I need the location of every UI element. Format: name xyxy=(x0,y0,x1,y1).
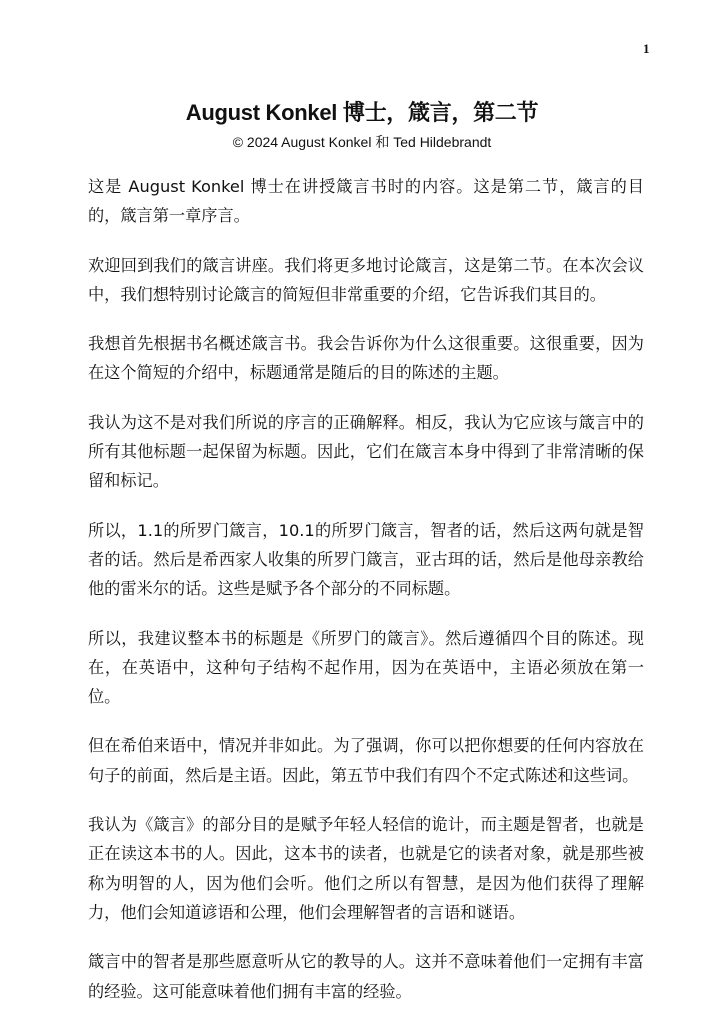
document-title: August Konkel 博士，箴言，第二节 xyxy=(0,96,724,127)
paragraph-4: 我认为这不是对我们所说的序言的正确解释。相反，我认为它应该与箴言中的所有其他标题… xyxy=(88,408,644,496)
paragraph-3: 我想首先根据书名概述箴言书。我会告诉你为什么这很重要。这很重要，因为在这个简短的… xyxy=(88,329,644,388)
paragraph-2: 欢迎回到我们的箴言讲座。我们将更多地讨论箴言，这是第二节。在本次会议中，我们想特… xyxy=(88,251,644,310)
document-body: 这是 August Konkel 博士在讲授箴言书时的内容。这是第二节，箴言的目… xyxy=(88,172,644,1024)
paragraph-1: 这是 August Konkel 博士在讲授箴言书时的内容。这是第二节，箴言的目… xyxy=(88,172,644,231)
page-number: 1 xyxy=(643,41,650,57)
paragraph-6: 所以，我建议整本书的标题是《所罗门的箴言》。然后遵循四个目的陈述。现在，在英语中… xyxy=(88,624,644,712)
paragraph-9: 箴言中的智者是那些愿意听从它的教导的人。这并不意味着他们一定拥有丰富的经验。这可… xyxy=(88,947,644,1006)
paragraph-8: 我认为《箴言》的部分目的是赋予年轻人轻信的诡计，而主题是智者，也就是正在读这本书… xyxy=(88,810,644,927)
copyright-line: © 2024 August Konkel 和 Ted Hildebrandt xyxy=(0,132,724,152)
paragraph-7: 但在希伯来语中，情况并非如此。为了强调，你可以把你想要的任何内容放在句子的前面，… xyxy=(88,731,644,790)
paragraph-5: 所以，1.1的所罗门箴言，10.1的所罗门箴言，智者的话，然后这两句就是智者的话… xyxy=(88,516,644,604)
